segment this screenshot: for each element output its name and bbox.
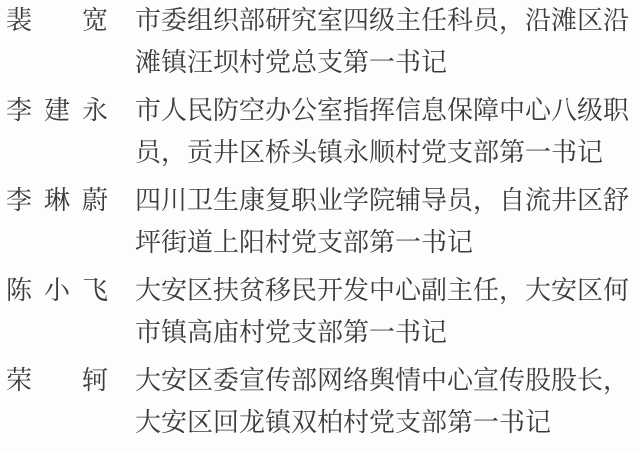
person-description: 市人民防空办公室指挥信息保障中心八级职员，贡井区桥头镇永顺村党支部第一书记	[135, 90, 637, 174]
roster-entry: 李建永 市人民防空办公室指挥信息保障中心八级职员，贡井区桥头镇永顺村党支部第一书…	[0, 90, 640, 174]
person-name: 荣轲	[6, 360, 108, 402]
roster-entry: 裴宽 市委组织部研究室四级主任科员，沿滩区沿滩镇汪坝村党总支第一书记	[0, 0, 640, 84]
roster-entry: 李琳蔚 四川卫生康复职业学院辅导员，自流井区舒坪街道上阳村党支部第一书记	[0, 180, 640, 264]
person-description: 四川卫生康复职业学院辅导员，自流井区舒坪街道上阳村党支部第一书记	[135, 180, 637, 264]
roster-entry: 陈小飞 大安区扶贫移民开发中心副主任，大安区何市镇高庙村党支部第一书记	[0, 270, 640, 354]
person-name: 裴宽	[6, 0, 108, 42]
document-page: 裴宽 市委组织部研究室四级主任科员，沿滩区沿滩镇汪坝村党总支第一书记 李建永 市…	[0, 0, 640, 453]
person-name: 李琳蔚	[6, 180, 108, 222]
roster-entry: 荣轲 大安区委宣传部网络舆情中心宣传股股长，大安区回龙镇双柏村党支部第一书记	[0, 360, 640, 444]
person-description: 大安区扶贫移民开发中心副主任，大安区何市镇高庙村党支部第一书记	[135, 270, 637, 354]
person-description: 大安区委宣传部网络舆情中心宣传股股长，大安区回龙镇双柏村党支部第一书记	[135, 360, 637, 444]
person-name: 陈小飞	[6, 270, 108, 312]
appointment-roster: 裴宽 市委组织部研究室四级主任科员，沿滩区沿滩镇汪坝村党总支第一书记 李建永 市…	[0, 0, 640, 444]
person-description: 市委组织部研究室四级主任科员，沿滩区沿滩镇汪坝村党总支第一书记	[135, 0, 637, 84]
person-name: 李建永	[6, 90, 108, 132]
